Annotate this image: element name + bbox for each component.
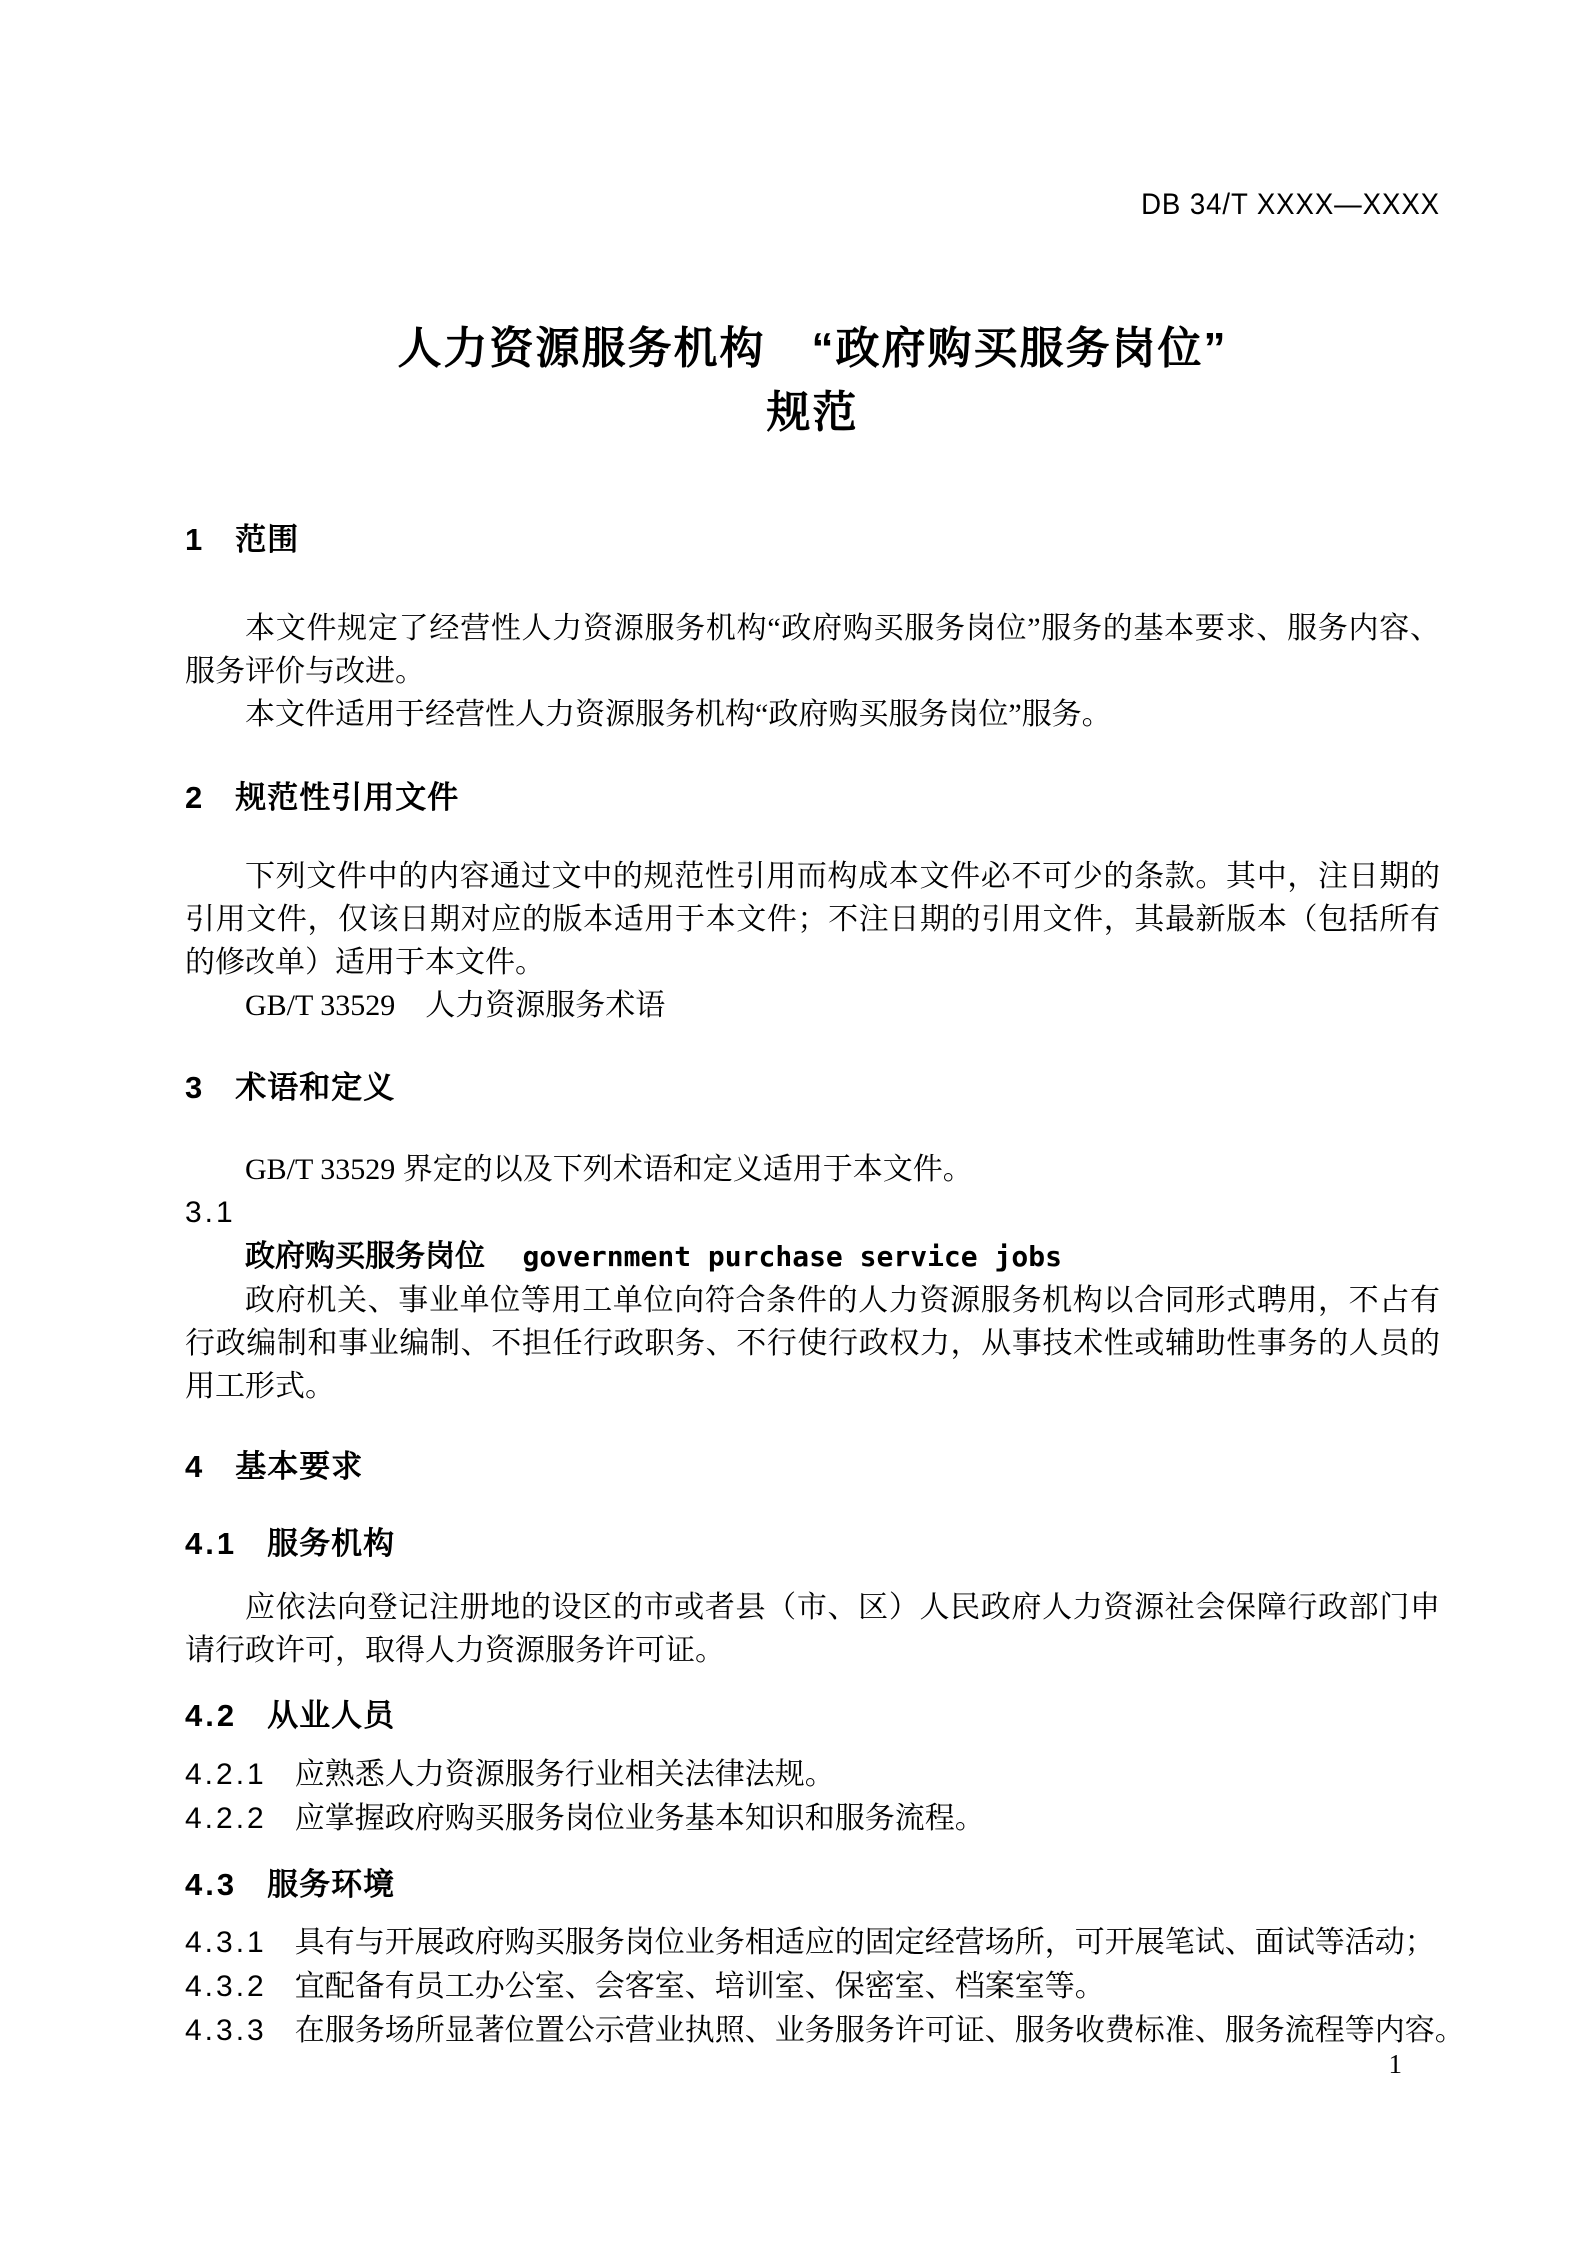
section-3-number: 3 <box>185 1066 205 1110</box>
term-en: government purchase service jobs <box>523 1240 1062 1273</box>
section-1-heading: 1 范围 <box>185 518 1440 562</box>
doc-title: 人力资源服务机构 “政府购买服务岗位” 规范 <box>185 317 1440 445</box>
doc-title-line1: 人力资源服务机构 “政府购买服务岗位” <box>185 317 1440 381</box>
subsection-4-1-paragraph: 应依法向登记注册地的设区的市或者县（市、区）人民政府人力资源社会保障行政部门申请… <box>185 1586 1440 1672</box>
clause-4-2-1-text: 应熟悉人力资源服务行业相关法律法规。 <box>295 1753 835 1797</box>
clause-4-3-2-number: 4.3.2 <box>185 1965 267 2009</box>
section-2-number: 2 <box>185 776 205 820</box>
standard-code: DB 34/T XXXX—XXXX <box>285 188 1440 222</box>
normative-reference-item: GB/T 33529 人力资源服务术语 <box>185 984 1440 1027</box>
page-number: 1 <box>1389 2048 1403 2080</box>
section-3-title: 术语和定义 <box>235 1066 395 1110</box>
clause-4-3-3: 4.3.3 在服务场所显著位置公示营业执照、业务服务许可证、服务收费标准、服务流… <box>185 2009 1440 2053</box>
section-1-number: 1 <box>185 518 205 562</box>
subsection-4-2-heading: 4.2 从业人员 <box>185 1694 1440 1738</box>
subsection-4-1-number: 4.1 <box>185 1522 237 1566</box>
subsection-4-3-number: 4.3 <box>185 1863 237 1907</box>
clause-4-2-1-number: 4.2.1 <box>185 1753 267 1797</box>
section-2-heading: 2 规范性引用文件 <box>185 776 1440 820</box>
clause-4-3-1: 4.3.1 具有与开展政府购买服务岗位业务相适应的固定经营场所，可开展笔试、面试… <box>185 1921 1440 1965</box>
subsection-4-3-title: 服务环境 <box>267 1863 395 1907</box>
document-page: DB 34/T XXXX—XXXX 人力资源服务机构 “政府购买服务岗位” 规范… <box>0 0 1587 2245</box>
clause-4-3-2-text: 宜配备有员工办公室、会客室、培训室、保密室、档案室等。 <box>295 1965 1105 2009</box>
section-4-title: 基本要求 <box>235 1445 363 1489</box>
section-3-intro: GB/T 33529 界定的以及下列术语和定义适用于本文件。 <box>185 1148 1440 1191</box>
subsection-4-2-title: 从业人员 <box>267 1694 395 1738</box>
clause-4-3-1-number: 4.3.1 <box>185 1921 267 1965</box>
section-1-paragraph-1: 本文件规定了经营性人力资源服务机构“政府购买服务岗位”服务的基本要求、服务内容、… <box>185 607 1440 693</box>
section-4-number: 4 <box>185 1445 205 1489</box>
section-1-title: 范围 <box>235 518 299 562</box>
section-2-title: 规范性引用文件 <box>235 776 459 820</box>
section-1-paragraph-2: 本文件适用于经营性人力资源服务机构“政府购买服务岗位”服务。 <box>185 693 1440 736</box>
clause-4-3-2: 4.3.2 宜配备有员工办公室、会客室、培训室、保密室、档案室等。 <box>185 1965 1440 2009</box>
subsection-4-2-number: 4.2 <box>185 1694 237 1738</box>
subsection-4-1-title: 服务机构 <box>267 1522 395 1566</box>
term-definition: 政府机关、事业单位等用工单位向符合条件的人力资源服务机构以合同形式聘用，不占有行… <box>185 1279 1440 1408</box>
term-zh: 政府购买服务岗位 <box>245 1240 485 1273</box>
clause-4-3-3-number: 4.3.3 <box>185 2009 267 2053</box>
subsection-4-1-heading: 4.1 服务机构 <box>185 1522 1440 1566</box>
section-3-heading: 3 术语和定义 <box>185 1066 1440 1110</box>
subsection-4-3-heading: 4.3 服务环境 <box>185 1863 1440 1907</box>
clause-4-2-2-text: 应掌握政府购买服务岗位业务基本知识和服务流程。 <box>295 1797 985 1841</box>
doc-title-line2: 规范 <box>185 381 1440 445</box>
clause-4-3-1-text: 具有与开展政府购买服务岗位业务相适应的固定经营场所，可开展笔试、面试等活动； <box>295 1921 1435 1965</box>
term-entry-line: 政府购买服务岗位 government purchase service job… <box>185 1235 1440 1279</box>
clause-4-2-2-number: 4.2.2 <box>185 1797 267 1841</box>
term-entry-number: 3.1 <box>185 1191 1440 1235</box>
section-2-paragraph-1: 下列文件中的内容通过文中的规范性引用而构成本文件必不可少的条款。其中，注日期的引… <box>185 855 1440 984</box>
clause-4-2-2: 4.2.2 应掌握政府购买服务岗位业务基本知识和服务流程。 <box>185 1797 1440 1841</box>
clause-4-3-3-text: 在服务场所显著位置公示营业执照、业务服务许可证、服务收费标准、服务流程等内容。 <box>295 2009 1465 2053</box>
clause-4-2-1: 4.2.1 应熟悉人力资源服务行业相关法律法规。 <box>185 1753 1440 1797</box>
section-4-heading: 4 基本要求 <box>185 1445 1440 1489</box>
